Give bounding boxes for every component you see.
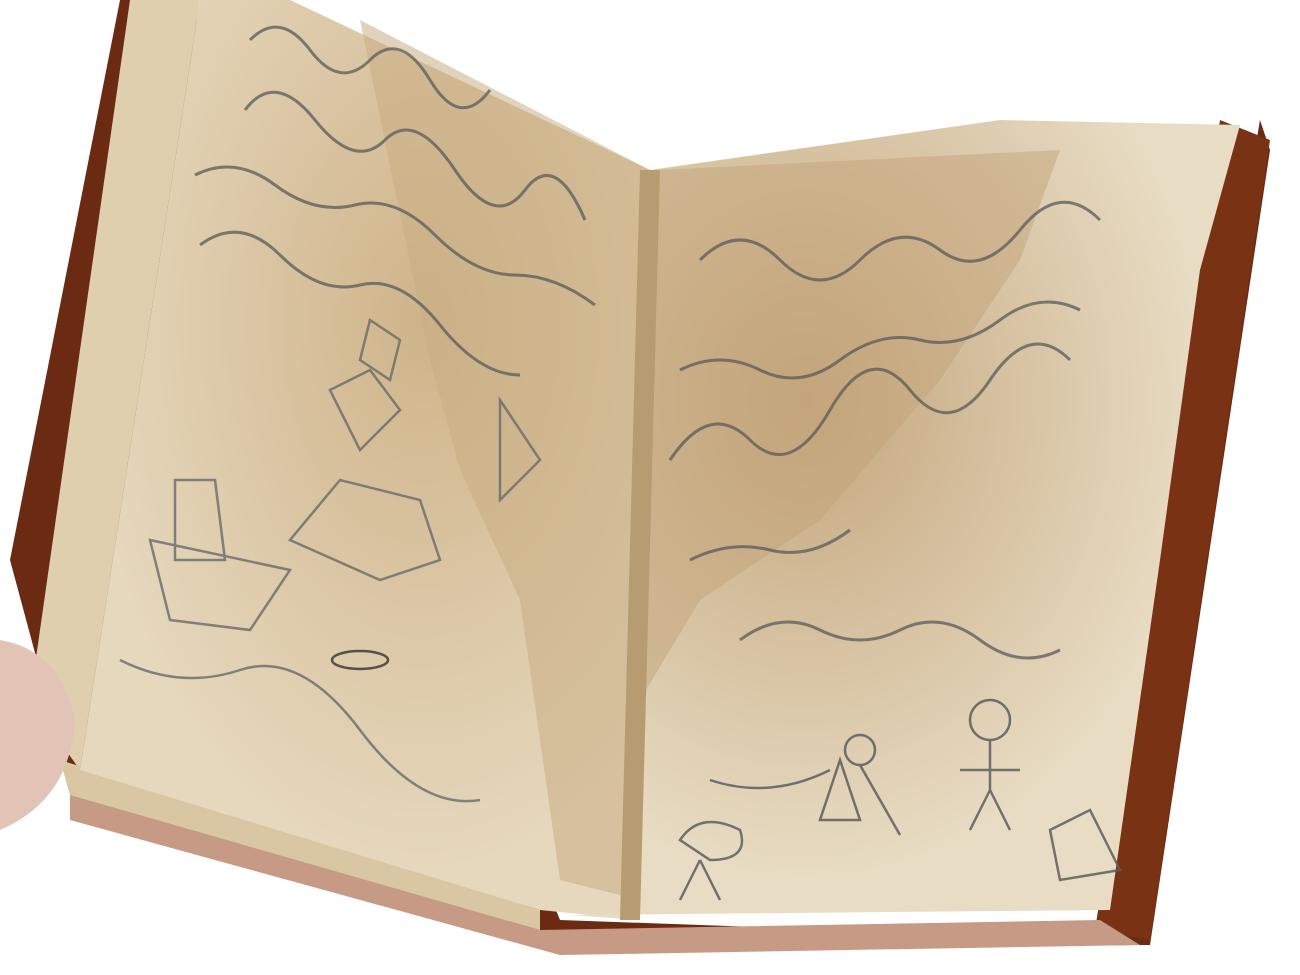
book-photo xyxy=(0,0,1300,975)
